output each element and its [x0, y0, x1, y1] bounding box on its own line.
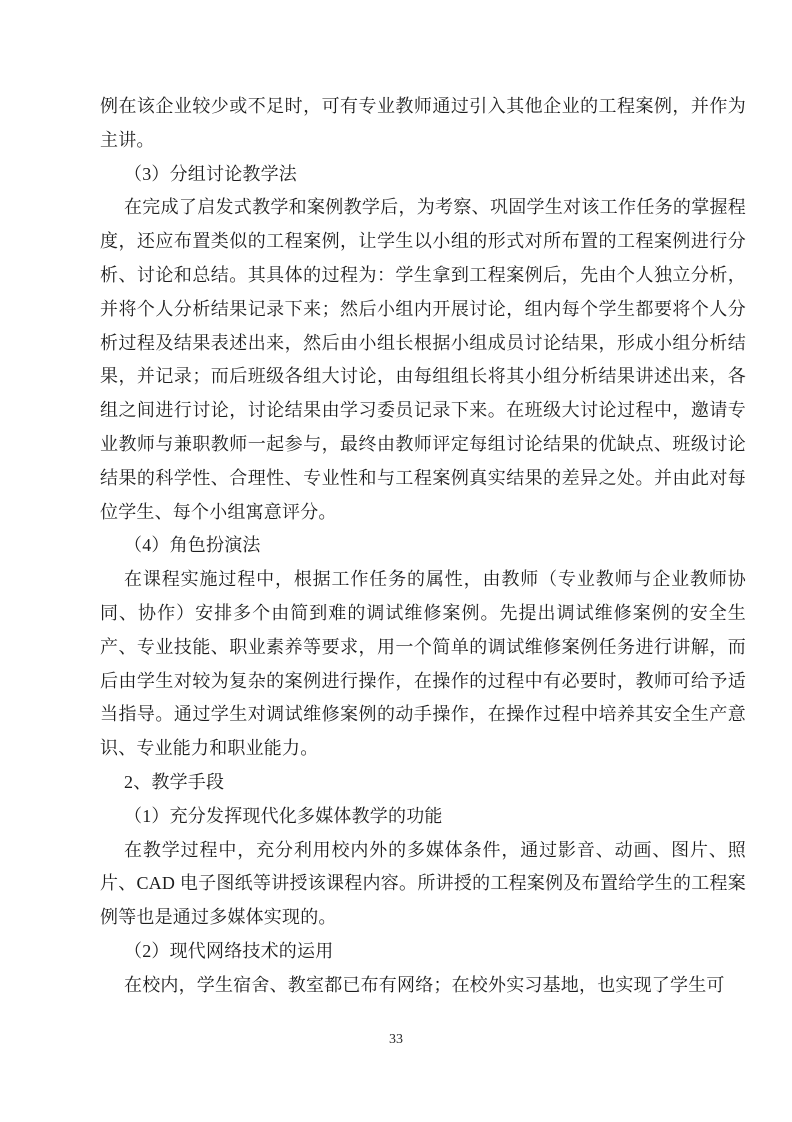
- paragraph: 在完成了启发式教学和案例教学后，为考察、巩固学生对该工作任务的掌握程度，还应布置…: [100, 191, 746, 529]
- paragraph: 例在该企业较少或不足时，可有专业教师通过引入其他企业的工程案例，并作为主讲。: [100, 90, 746, 158]
- page-number: 33: [389, 1032, 403, 1047]
- paragraph: 在课程实施过程中，根据工作任务的属性，由教师（专业教师与企业教师协同、协作）安排…: [100, 563, 746, 766]
- paragraph: 在校内，学生宿舍、教室都已布有网络；在校外实习基地，也实现了学生可: [100, 969, 746, 1003]
- heading: （3）分组讨论教学法: [100, 158, 746, 192]
- heading: （4）角色扮演法: [100, 529, 746, 563]
- document-page: 例在该企业较少或不足时，可有专业教师通过引入其他企业的工程案例，并作为主讲。（3…: [0, 0, 792, 1122]
- document-body: 例在该企业较少或不足时，可有专业教师通过引入其他企业的工程案例，并作为主讲。（3…: [100, 90, 746, 1003]
- heading: 2、教学手段: [100, 766, 746, 800]
- paragraph: 在教学过程中，充分利用校内外的多媒体条件，通过影音、动画、图片、照片、CAD 电…: [100, 834, 746, 935]
- heading: （2）现代网络技术的运用: [100, 935, 746, 969]
- page-footer: 33: [0, 1032, 792, 1048]
- heading: （1）充分发挥现代化多媒体教学的功能: [100, 800, 746, 834]
